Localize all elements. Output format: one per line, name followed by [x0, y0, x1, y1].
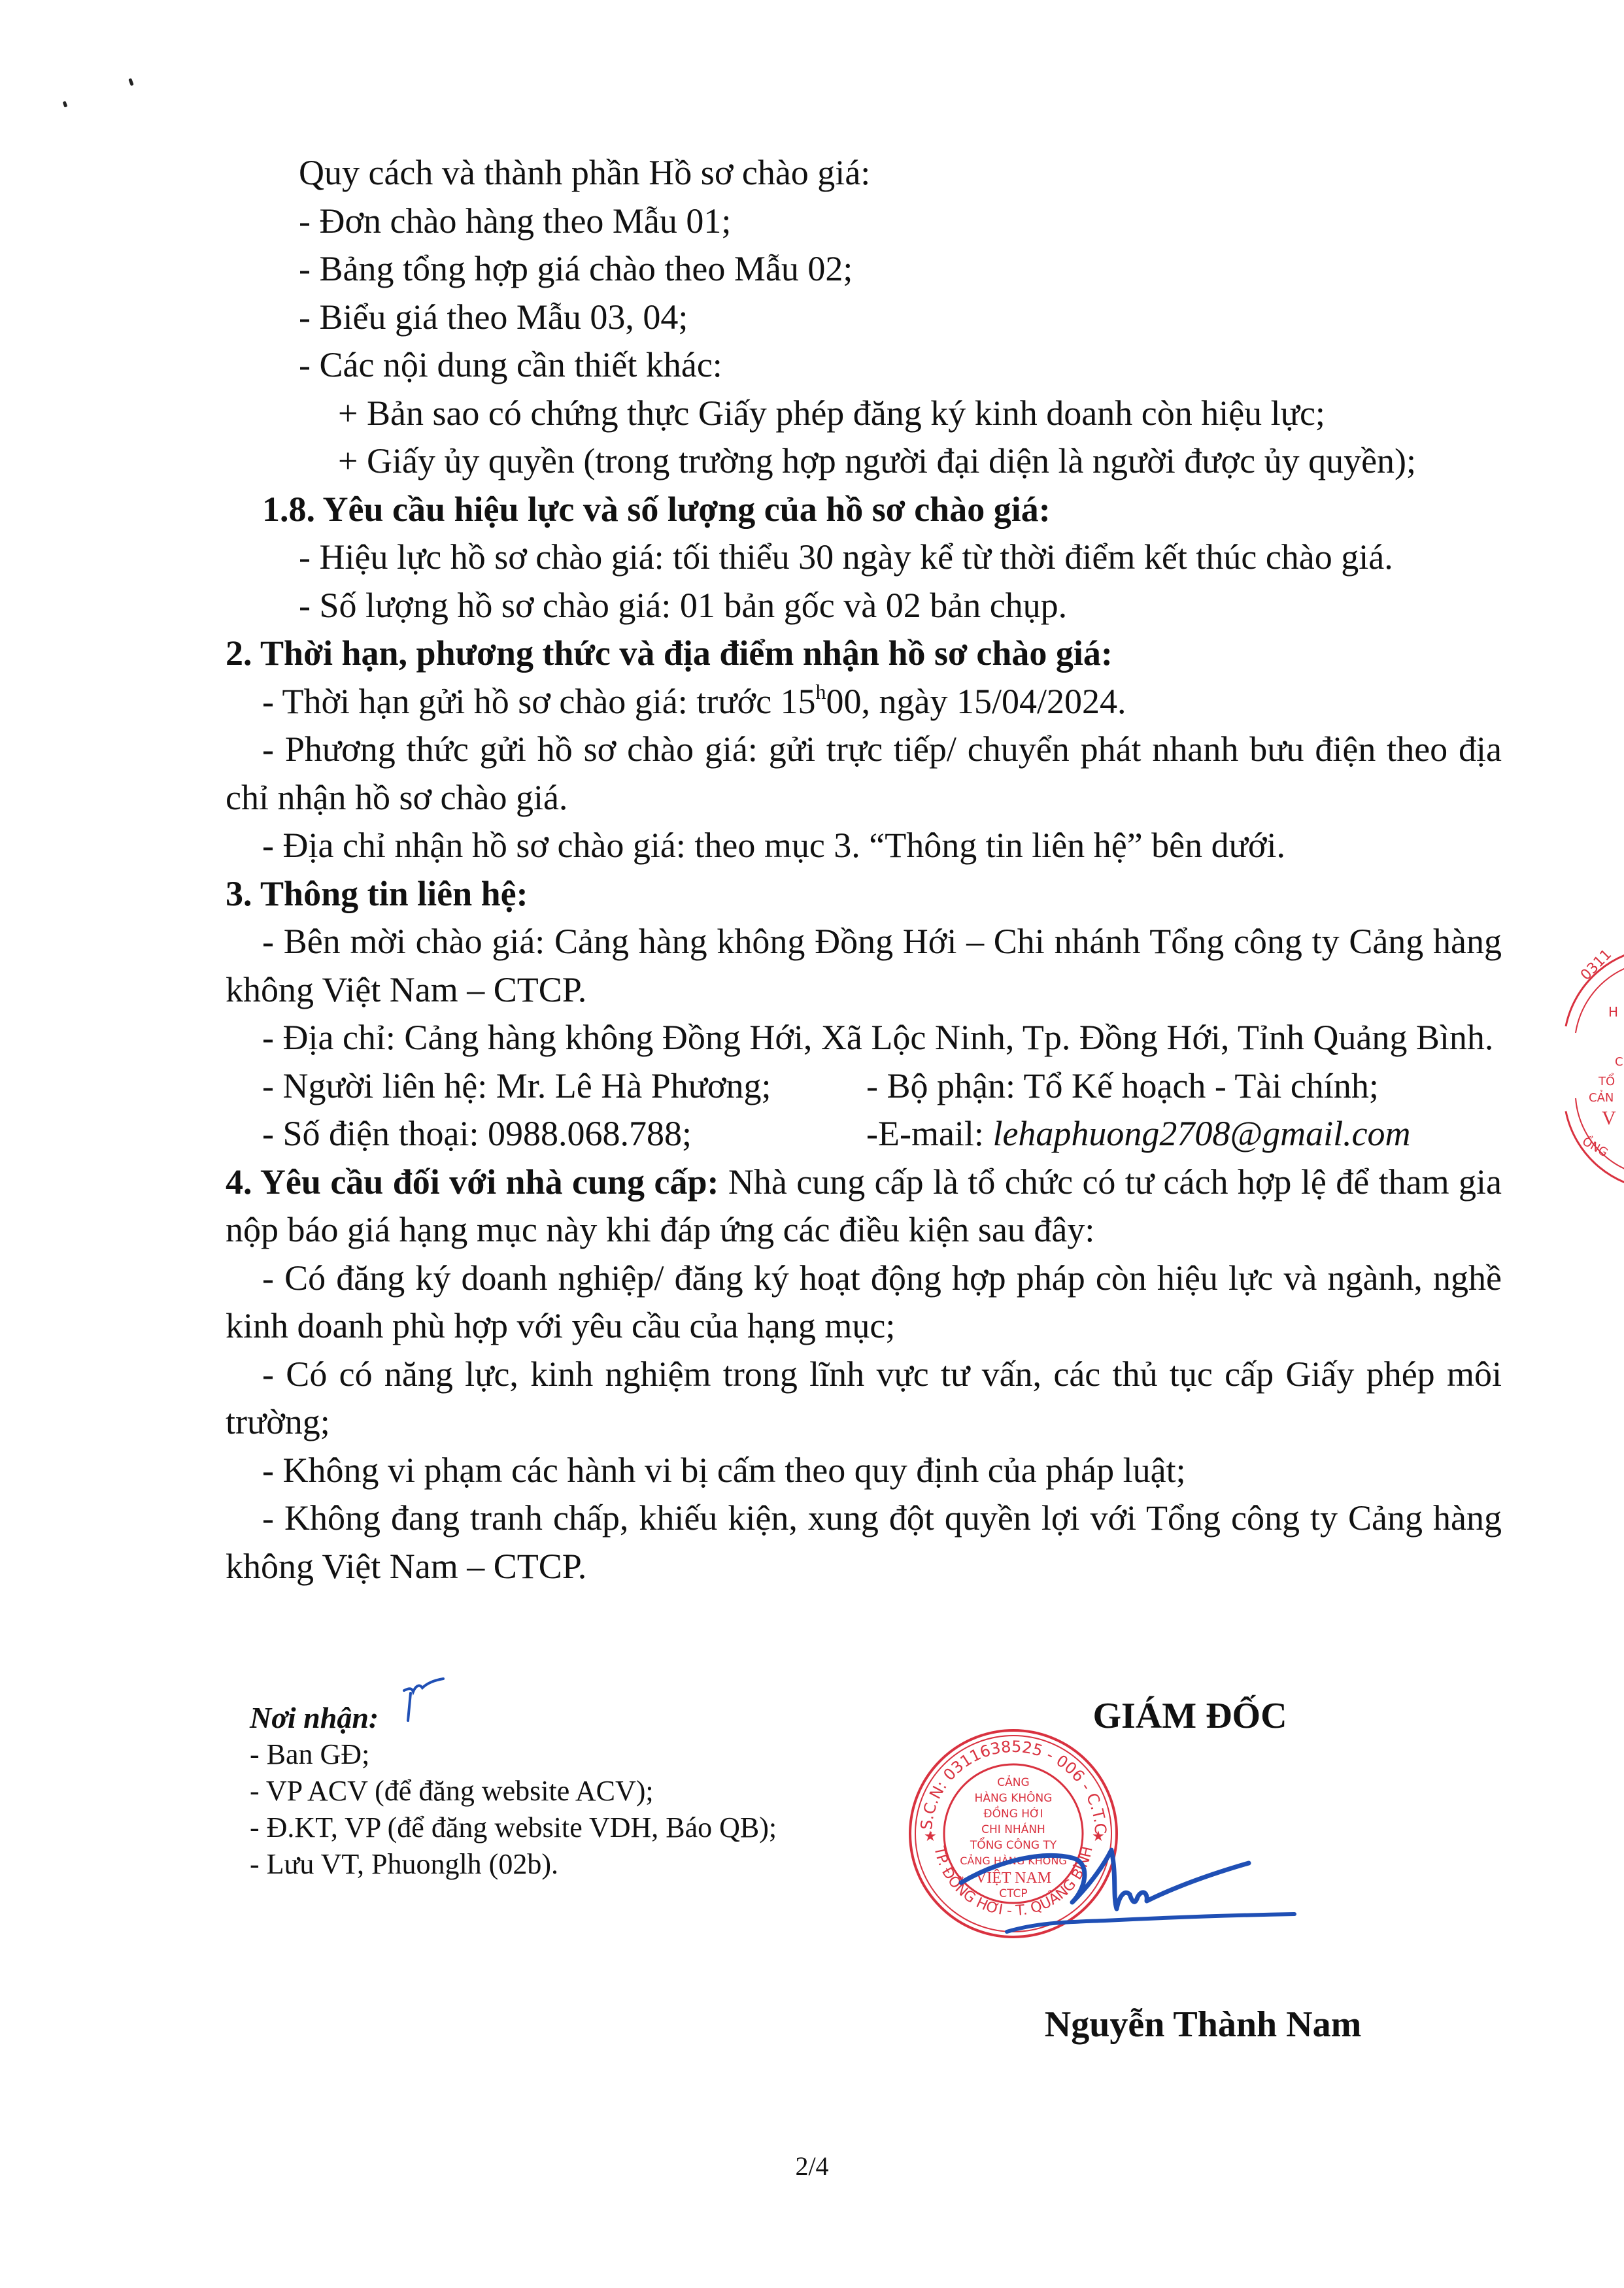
- intro-item: - Các nội dung cần thiết khác:: [226, 341, 1502, 390]
- svg-text:V: V: [1602, 1107, 1616, 1129]
- section-2-address: - Địa chỉ nhận hồ sơ chào giá: theo mục …: [226, 822, 1502, 870]
- recipient-item: - VP ACV (để đăng website ACV);: [250, 1773, 777, 1809]
- section-4-item: - Không vi phạm các hành vi bị cấm theo …: [226, 1447, 1502, 1495]
- section-3-address: - Địa chỉ: Cảng hàng không Đồng Hới, Xã …: [226, 1014, 1502, 1062]
- section-4-item: - Có có năng lực, kinh nghiệm trong lĩnh…: [226, 1351, 1502, 1447]
- deadline-hour-marker: h: [816, 680, 826, 703]
- section-1-8-item: - Hiệu lực hồ sơ chào giá: tối thiểu 30 …: [226, 533, 1502, 582]
- recipient-item: - Ban GĐ;: [250, 1736, 777, 1773]
- overlap-seal-fragment-icon: 0311 H C TỔ CẢN V ỒNG: [1563, 928, 1624, 1203]
- scan-speck: [128, 78, 133, 86]
- section-3-inviter: - Bên mời chào giá: Cảng hàng không Đồng…: [226, 918, 1502, 1014]
- contact-row: - Số điện thoại: 0988.068.788; -E-mail: …: [226, 1110, 1502, 1158]
- deadline-prefix: - Thời hạn gửi hồ sơ chào giá: trước 15: [262, 682, 816, 721]
- section-4-intro: 4. Yêu cầu đối với nhà cung cấp: Nhà cun…: [226, 1158, 1502, 1254]
- deadline-suffix: 00, ngày 15/04/2024.: [826, 682, 1126, 721]
- section-2-method: - Phương thức gửi hồ sơ chào giá: gửi tr…: [226, 726, 1502, 822]
- recipient-item: - Lưu VT, Phuonglh (02b).: [250, 1846, 777, 1883]
- contact-person: - Người liên hệ: Mr. Lê Hà Phương;: [226, 1062, 866, 1111]
- email-label: -E-mail:: [866, 1114, 992, 1153]
- section-1-8-item: - Số lượng hồ sơ chào giá: 01 bản gốc và…: [226, 582, 1502, 630]
- svg-text:HÀNG KHÔNG: HÀNG KHÔNG: [975, 1791, 1053, 1805]
- svg-text:TỔ: TỔ: [1598, 1073, 1615, 1088]
- handwritten-signature-icon: [941, 1824, 1308, 1955]
- recipients-title: Nơi nhận:: [250, 1700, 777, 1736]
- svg-text:C: C: [1615, 1055, 1623, 1069]
- section-4-heading: 4. Yêu cầu đối với nhà cung cấp:: [226, 1162, 719, 1202]
- contact-phone: - Số điện thoại: 0988.068.788;: [226, 1110, 866, 1158]
- svg-text:ĐỒNG HỚI: ĐỒNG HỚI: [983, 1805, 1043, 1821]
- intro-item: - Bảng tổng hợp giá chào theo Mẫu 02;: [226, 245, 1502, 294]
- svg-text:★: ★: [924, 1828, 937, 1844]
- recipient-item: - Đ.KT, VP (để đăng website VDH, Báo QB)…: [250, 1809, 777, 1846]
- section-4-item: - Có đăng ký doanh nghiệp/ đăng ký hoạt …: [226, 1254, 1502, 1351]
- section-2-deadline: - Thời hạn gửi hồ sơ chào giá: trước 15h…: [226, 678, 1502, 726]
- section-3-heading: 3. Thông tin liên hệ:: [226, 870, 1502, 918]
- contact-department: - Bộ phận: Tổ Kế hoạch - Tài chính;: [866, 1062, 1379, 1111]
- section-2-heading: 2. Thời hạn, phương thức và địa điểm nhậ…: [226, 630, 1502, 678]
- handwritten-initials-icon: [400, 1674, 446, 1726]
- scan-speck: [63, 101, 68, 107]
- page-number: 2/4: [0, 2151, 1624, 2181]
- recipients-title-text: Nơi nhận:: [250, 1701, 379, 1734]
- section-4-item: - Không đang tranh chấp, khiếu kiện, xun…: [226, 1494, 1502, 1590]
- svg-text:CẢNG: CẢNG: [997, 1774, 1029, 1789]
- contact-email: -E-mail: lehaphuong2708@gmail.com: [866, 1110, 1411, 1158]
- email-link[interactable]: lehaphuong2708@gmail.com: [992, 1114, 1410, 1153]
- signer-name: Nguyễn Thành Nam: [1033, 2004, 1373, 2045]
- svg-text:ỒNG: ỒNG: [1580, 1133, 1611, 1160]
- document-body: Quy cách và thành phần Hồ sơ chào giá: -…: [226, 149, 1502, 1590]
- intro-heading: Quy cách và thành phần Hồ sơ chào giá:: [226, 149, 1502, 197]
- intro-sub-item: + Giấy ủy quyền (trong trường hợp người …: [226, 437, 1502, 486]
- intro-item: - Đơn chào hàng theo Mẫu 01;: [226, 197, 1502, 246]
- svg-text:H: H: [1608, 1004, 1618, 1020]
- section-1-8-heading: 1.8. Yêu cầu hiệu lực và số lượng của hồ…: [226, 486, 1502, 534]
- recipients-block: Nơi nhận: - Ban GĐ; - VP ACV (để đăng we…: [250, 1700, 777, 1883]
- svg-text:CẢN: CẢN: [1589, 1090, 1614, 1105]
- intro-sub-item: + Bản sao có chứng thực Giấy phép đăng k…: [226, 390, 1502, 438]
- contact-row: - Người liên hệ: Mr. Lê Hà Phương; - Bộ …: [226, 1062, 1502, 1111]
- intro-item: - Biểu giá theo Mẫu 03, 04;: [226, 294, 1502, 342]
